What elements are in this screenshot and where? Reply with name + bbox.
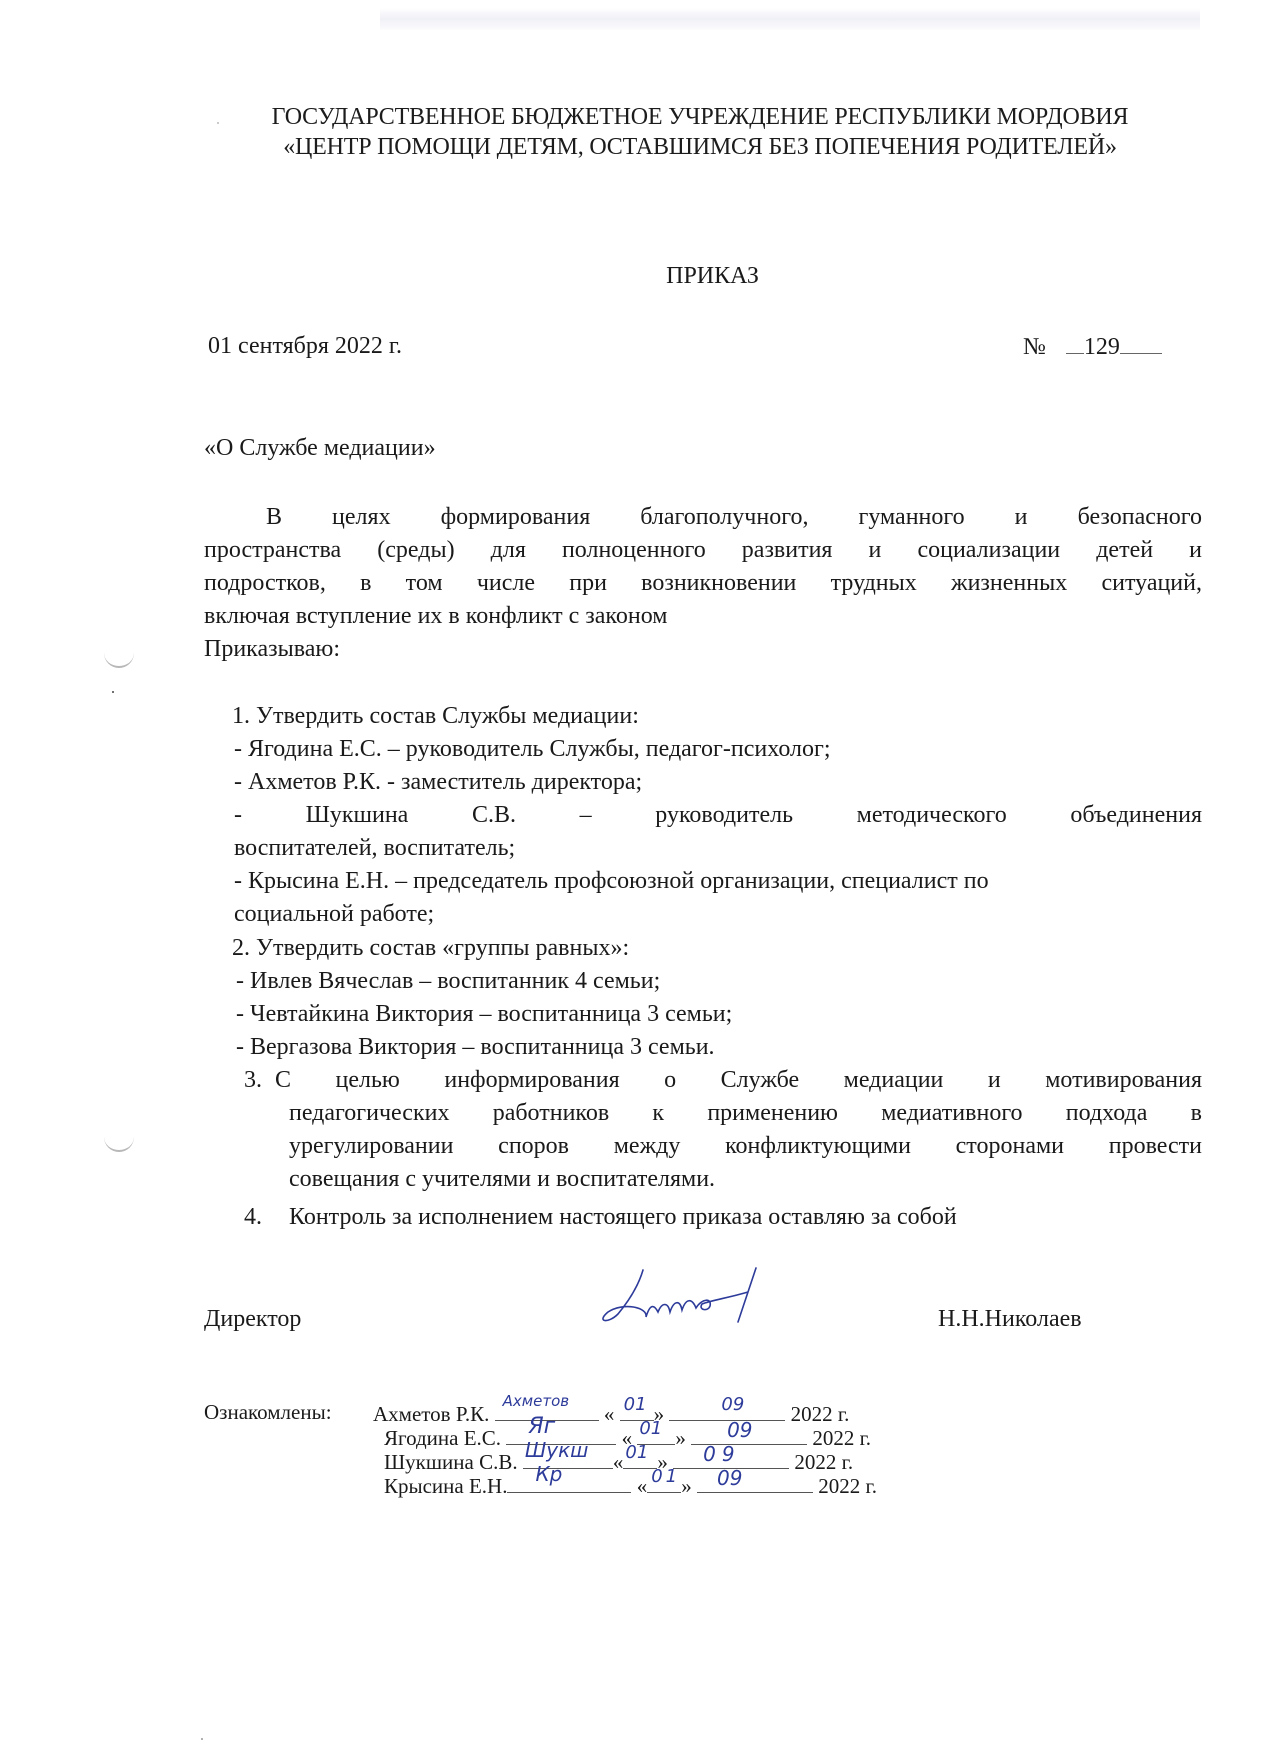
item2-member-1: - Ивлев Вячеслав – воспитанник 4 семьи;	[236, 968, 660, 995]
quote-open: «	[604, 1402, 615, 1426]
handwritten-signature: Ахметов	[503, 1392, 569, 1410]
ack-year: 2022 г.	[794, 1450, 853, 1474]
ack-month-line: 09	[697, 1472, 813, 1493]
ack-name: Шукшина С.В.	[384, 1450, 518, 1474]
scan-artifact	[380, 8, 1200, 30]
item3-number: 3.	[244, 1067, 262, 1094]
preamble-line-2: пространства (среды) для полноценного ра…	[204, 537, 1202, 564]
handwritten-signature: Кр	[535, 1462, 562, 1486]
ack-year: 2022 г.	[791, 1402, 850, 1426]
item1-member-3-cont: воспитателей, воспитатель;	[234, 835, 515, 862]
handwritten-month: 09	[727, 1418, 752, 1442]
org-header-line1: ГОСУДАРСТВЕННОЕ БЮДЖЕТНОЕ УЧРЕЖДЕНИЕ РЕС…	[200, 104, 1200, 131]
signature-position: Директор	[204, 1306, 301, 1333]
preamble-line-4: включая вступление их в конфликт с закон…	[204, 603, 667, 630]
handwritten-day: 01	[625, 1442, 648, 1463]
item1-member-2: - Ахметов Р.К. - заместитель директора;	[234, 769, 642, 796]
item2-member-3: - Вергазова Виктория – воспитанница 3 се…	[236, 1034, 715, 1061]
quote-close: »	[675, 1426, 686, 1450]
ack-day-line: 01	[647, 1472, 681, 1493]
scan-dot	[112, 691, 114, 693]
item1-member-4: - Крысина Е.Н. – председатель профсоюзно…	[234, 868, 989, 895]
ack-name: Ахметов Р.К.	[373, 1402, 489, 1426]
ack-row-4: Крысина Е.Н. Кр « 01 » 09 2022 г.	[384, 1472, 877, 1499]
director-signature	[588, 1262, 818, 1337]
margin-mark	[104, 652, 134, 668]
number-label: №	[1023, 334, 1046, 360]
quote-open: «	[637, 1474, 648, 1498]
preamble-line-3: подростков, в том числе при возникновени…	[204, 570, 1202, 597]
ack-name: Крысина Е.Н.	[384, 1474, 507, 1498]
item4-text: Контроль за исполнением настоящего прика…	[289, 1204, 957, 1231]
ack-name: Ягодина Е.С.	[384, 1426, 501, 1450]
ack-row-1: Ахметов Р.К. Ахметов « 01 » 09 2022 г.	[373, 1400, 849, 1427]
handwritten-month: 09	[721, 1394, 744, 1415]
handwritten-month: 09	[717, 1466, 742, 1490]
item3-line-1: С целью информирования о Службе медиации…	[275, 1067, 1202, 1094]
item3-line-4: совещания с учителями и воспитателями.	[289, 1166, 715, 1193]
signature-name: Н.Н.Николаев	[938, 1306, 1082, 1333]
item4-number: 4.	[244, 1204, 262, 1231]
quote-open: «	[613, 1450, 624, 1474]
handwritten-signature: Шукш	[525, 1438, 589, 1462]
item1-member-3: - Шукшина С.В. – руководитель методическ…	[234, 802, 1202, 829]
margin-mark	[104, 1136, 134, 1152]
ack-year: 2022 г.	[812, 1426, 871, 1450]
item1-member-4-cont: социальной работе;	[234, 901, 434, 928]
document-number: № 129	[1023, 333, 1162, 361]
scan-dot	[217, 122, 219, 124]
item1-member-1: - Ягодина Е.С. – руководитель Службы, пе…	[234, 736, 830, 763]
item2-title: 2. Утвердить состав «группы равных»:	[232, 935, 629, 962]
scan-dot	[201, 1738, 203, 1740]
ack-sign-line: Кр	[507, 1472, 631, 1493]
document-date: 01 сентября 2022 г.	[208, 333, 402, 360]
quote-close: »	[681, 1474, 692, 1498]
document-type-title: ПРИКАЗ	[0, 263, 1275, 290]
item1-title: 1. Утвердить состав Службы медиации:	[232, 703, 639, 730]
handwritten-day: 01	[639, 1418, 662, 1439]
number-value: 129	[1084, 334, 1120, 360]
item2-member-2: - Чевтайкина Виктория – воспитанница 3 с…	[236, 1001, 732, 1028]
item3-line-3: урегулировании споров между конфликтующи…	[289, 1133, 1202, 1160]
handwritten-signature: Яг	[528, 1414, 555, 1439]
ack-row-3: Шукшина С.В. Шукш « 01 » 09 2022 г.	[384, 1448, 853, 1475]
item3-line-2: педагогических работников к применению м…	[289, 1100, 1202, 1127]
handwritten-day: 01	[624, 1394, 647, 1415]
org-header-line2: «ЦЕНТР ПОМОЩИ ДЕТЯМ, ОСТАВШИМСЯ БЕЗ ПОПЕ…	[200, 134, 1200, 161]
handwritten-month: 09	[703, 1442, 740, 1466]
ack-year: 2022 г.	[818, 1474, 877, 1498]
acknowledged-label: Ознакомлены:	[204, 1400, 332, 1425]
order-word: Приказываю:	[204, 636, 340, 663]
document-subject: «О Службе медиации»	[204, 435, 436, 462]
preamble-line-1: В целях формирования благополучного, гум…	[266, 504, 1202, 531]
handwritten-day: 01	[651, 1466, 680, 1487]
